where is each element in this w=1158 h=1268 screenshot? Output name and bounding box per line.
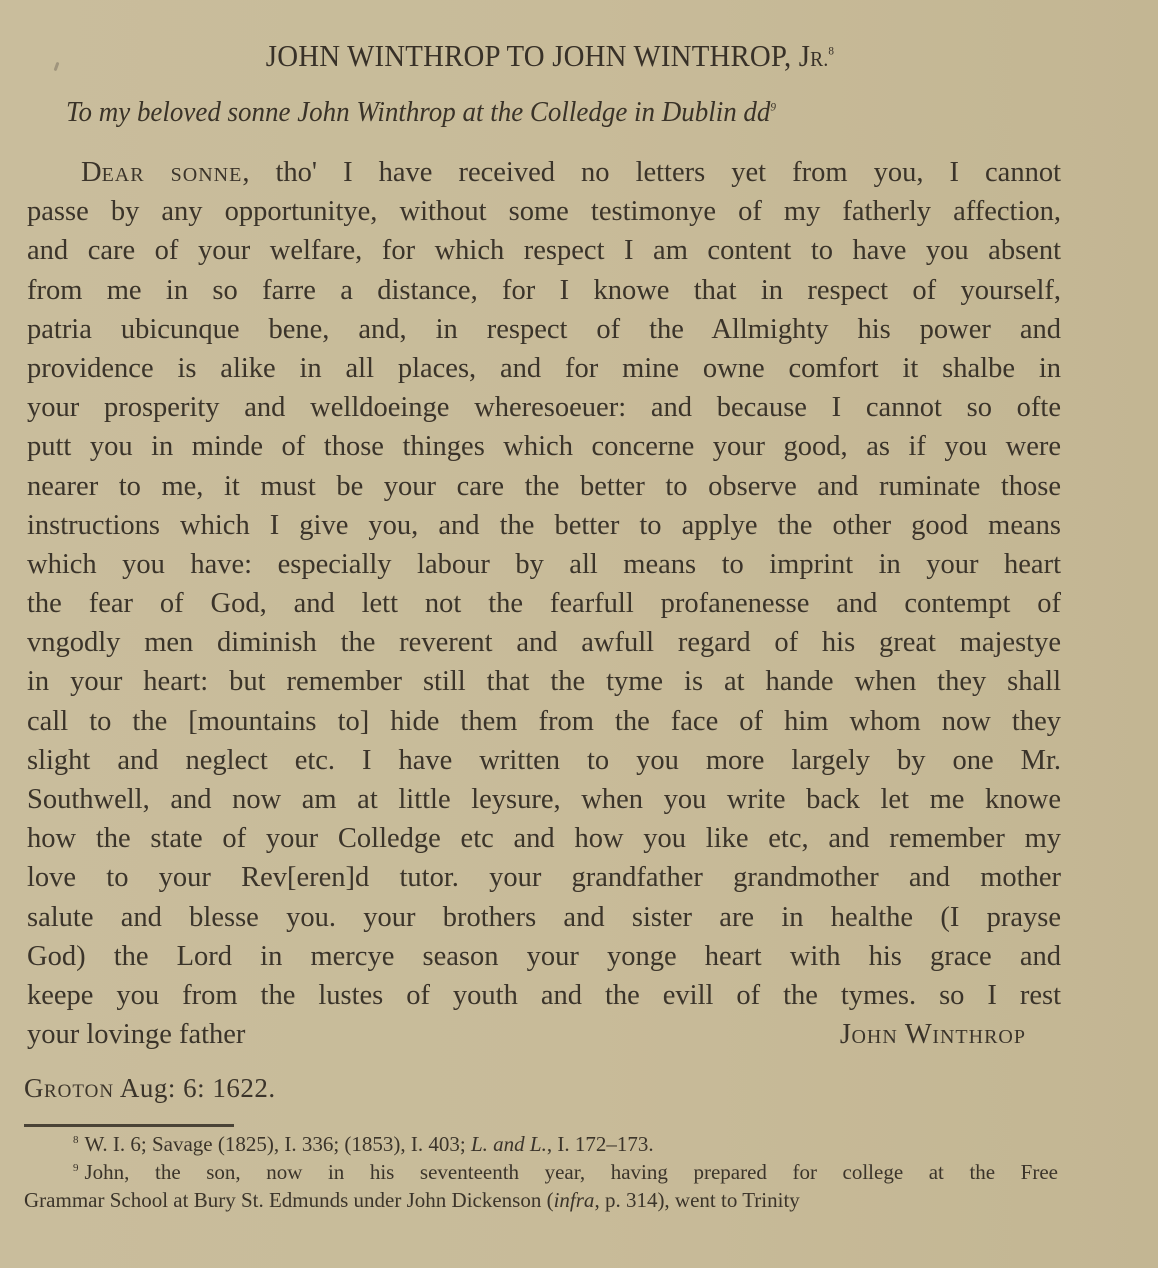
footnote-9-italic: infra — [554, 1188, 595, 1212]
footnote-9-text: John, the son, now in his seventeenth ye… — [85, 1160, 1059, 1184]
footnote-8-ref: 8 — [73, 1134, 79, 1146]
title-suffix-smallcaps: R. — [810, 47, 828, 71]
body-line: passe by any opportunitye, without some … — [27, 192, 1061, 231]
body-line: providence is alike in all places, and f… — [27, 349, 1061, 388]
address-footnote-ref: 9 — [770, 99, 776, 113]
title-main: JOHN WINTHROP TO JOHN WINTHROP, — [266, 38, 799, 73]
footnote-8-italic: L. and L. — [471, 1132, 547, 1156]
dateline: GROTON Aug: 6: 1622. — [24, 1073, 276, 1104]
dateline-place-smallcaps: ROTON — [44, 1081, 114, 1102]
body-line: how the state of your Colledge etc and h… — [27, 819, 1061, 858]
footnote-divider — [24, 1124, 234, 1127]
body-line: putt you in minde of those thinges which… — [27, 427, 1061, 466]
body-line: your prosperity and welldoeinge wheresoe… — [27, 388, 1061, 427]
body-line: slight and neglect etc. I have written t… — [27, 741, 1061, 780]
body-line: nearer to me, it must be your care the b… — [27, 467, 1061, 506]
body-line: salute and blesse you. your brothers and… — [27, 898, 1061, 937]
opening-smallcaps-2: SONNE — [171, 164, 243, 186]
opening-smallcaps-1: EAR — [102, 164, 145, 186]
title-suffix-cap: J — [799, 38, 810, 73]
letter-address-line: To my beloved sonne John Winthrop at the… — [66, 96, 996, 129]
footnote-9-line-2: Grammar School at Bury St. Edmunds under… — [24, 1186, 1058, 1214]
body-line: instructions which I give you, and the b… — [27, 506, 1061, 545]
body-line: keepe you from the lustes of youth and t… — [27, 976, 1061, 1015]
closing-text: your lovinge father — [27, 1015, 245, 1054]
signature-cap-1: J — [840, 1019, 852, 1050]
signature: JOHN WINTHROP — [840, 1015, 1061, 1054]
title-footnote-ref: 8 — [828, 44, 834, 58]
dateline-date: Aug: 6: 1622. — [114, 1073, 276, 1103]
footnote-9-line-1: 9John, the son, now in his seventeenth y… — [24, 1158, 1058, 1186]
footnote-9-text-2: Grammar School at Bury St. Edmunds under… — [24, 1188, 554, 1212]
body-line: love to your Rev[eren]d tutor. your gran… — [27, 858, 1061, 897]
footnote-8-text-end: , I. 172–173. — [547, 1132, 654, 1156]
body-line: God) the Lord in mercye season your yong… — [27, 937, 1061, 976]
signature-smallcaps-1: OHN — [851, 1026, 897, 1048]
signature-smallcaps-2: INTHROP — [932, 1026, 1026, 1048]
body-line: in your heart: but remember still that t… — [27, 662, 1061, 701]
body-line: the fear of God, and lett not the fearfu… — [27, 584, 1061, 623]
document-page: JOHN WINTHROP TO JOHN WINTHROP, JR.8 To … — [0, 0, 1158, 1268]
body-line: which you have: especially labour by all… — [27, 545, 1061, 584]
letter-title: JOHN WINTHROP TO JOHN WINTHROP, JR.8 — [39, 38, 1062, 74]
footnote-8-text: W. I. 6; Savage (1825), I. 336; (1853), … — [85, 1132, 472, 1156]
dateline-place-cap: G — [24, 1073, 44, 1103]
body-line: patria ubicunque bene, and, in respect o… — [27, 310, 1061, 349]
body-line-opening: DEAR SONNE, tho' I have received no lett… — [27, 153, 1061, 192]
footnote-9-text-3: , p. 314), went to Trinity — [594, 1188, 799, 1212]
body-line: and care of your welfare, for which resp… — [27, 231, 1061, 270]
signature-cap-2: W — [905, 1019, 932, 1050]
body-line: Southwell, and now am at little leysure,… — [27, 780, 1061, 819]
opening-rest: , tho' I have received no letters yet fr… — [242, 157, 1061, 188]
footnote-8: 8W. I. 6; Savage (1825), I. 336; (1853),… — [24, 1130, 1058, 1158]
body-line: call to the [mountains to] hide them fro… — [27, 702, 1061, 741]
closing-line: your lovinge father JOHN WINTHROP — [27, 1015, 1061, 1054]
footnotes: 8W. I. 6; Savage (1825), I. 336; (1853),… — [24, 1130, 1058, 1214]
body-line: vngodly men diminish the reverent and aw… — [27, 623, 1061, 662]
letter-body: DEAR SONNE, tho' I have received no lett… — [27, 153, 1061, 1054]
body-line: from me in so farre a distance, for I kn… — [27, 271, 1061, 310]
footnote-9-ref: 9 — [73, 1162, 79, 1174]
address-text: To my beloved sonne John Winthrop at the… — [66, 96, 770, 128]
opening-cap: D — [81, 157, 102, 188]
